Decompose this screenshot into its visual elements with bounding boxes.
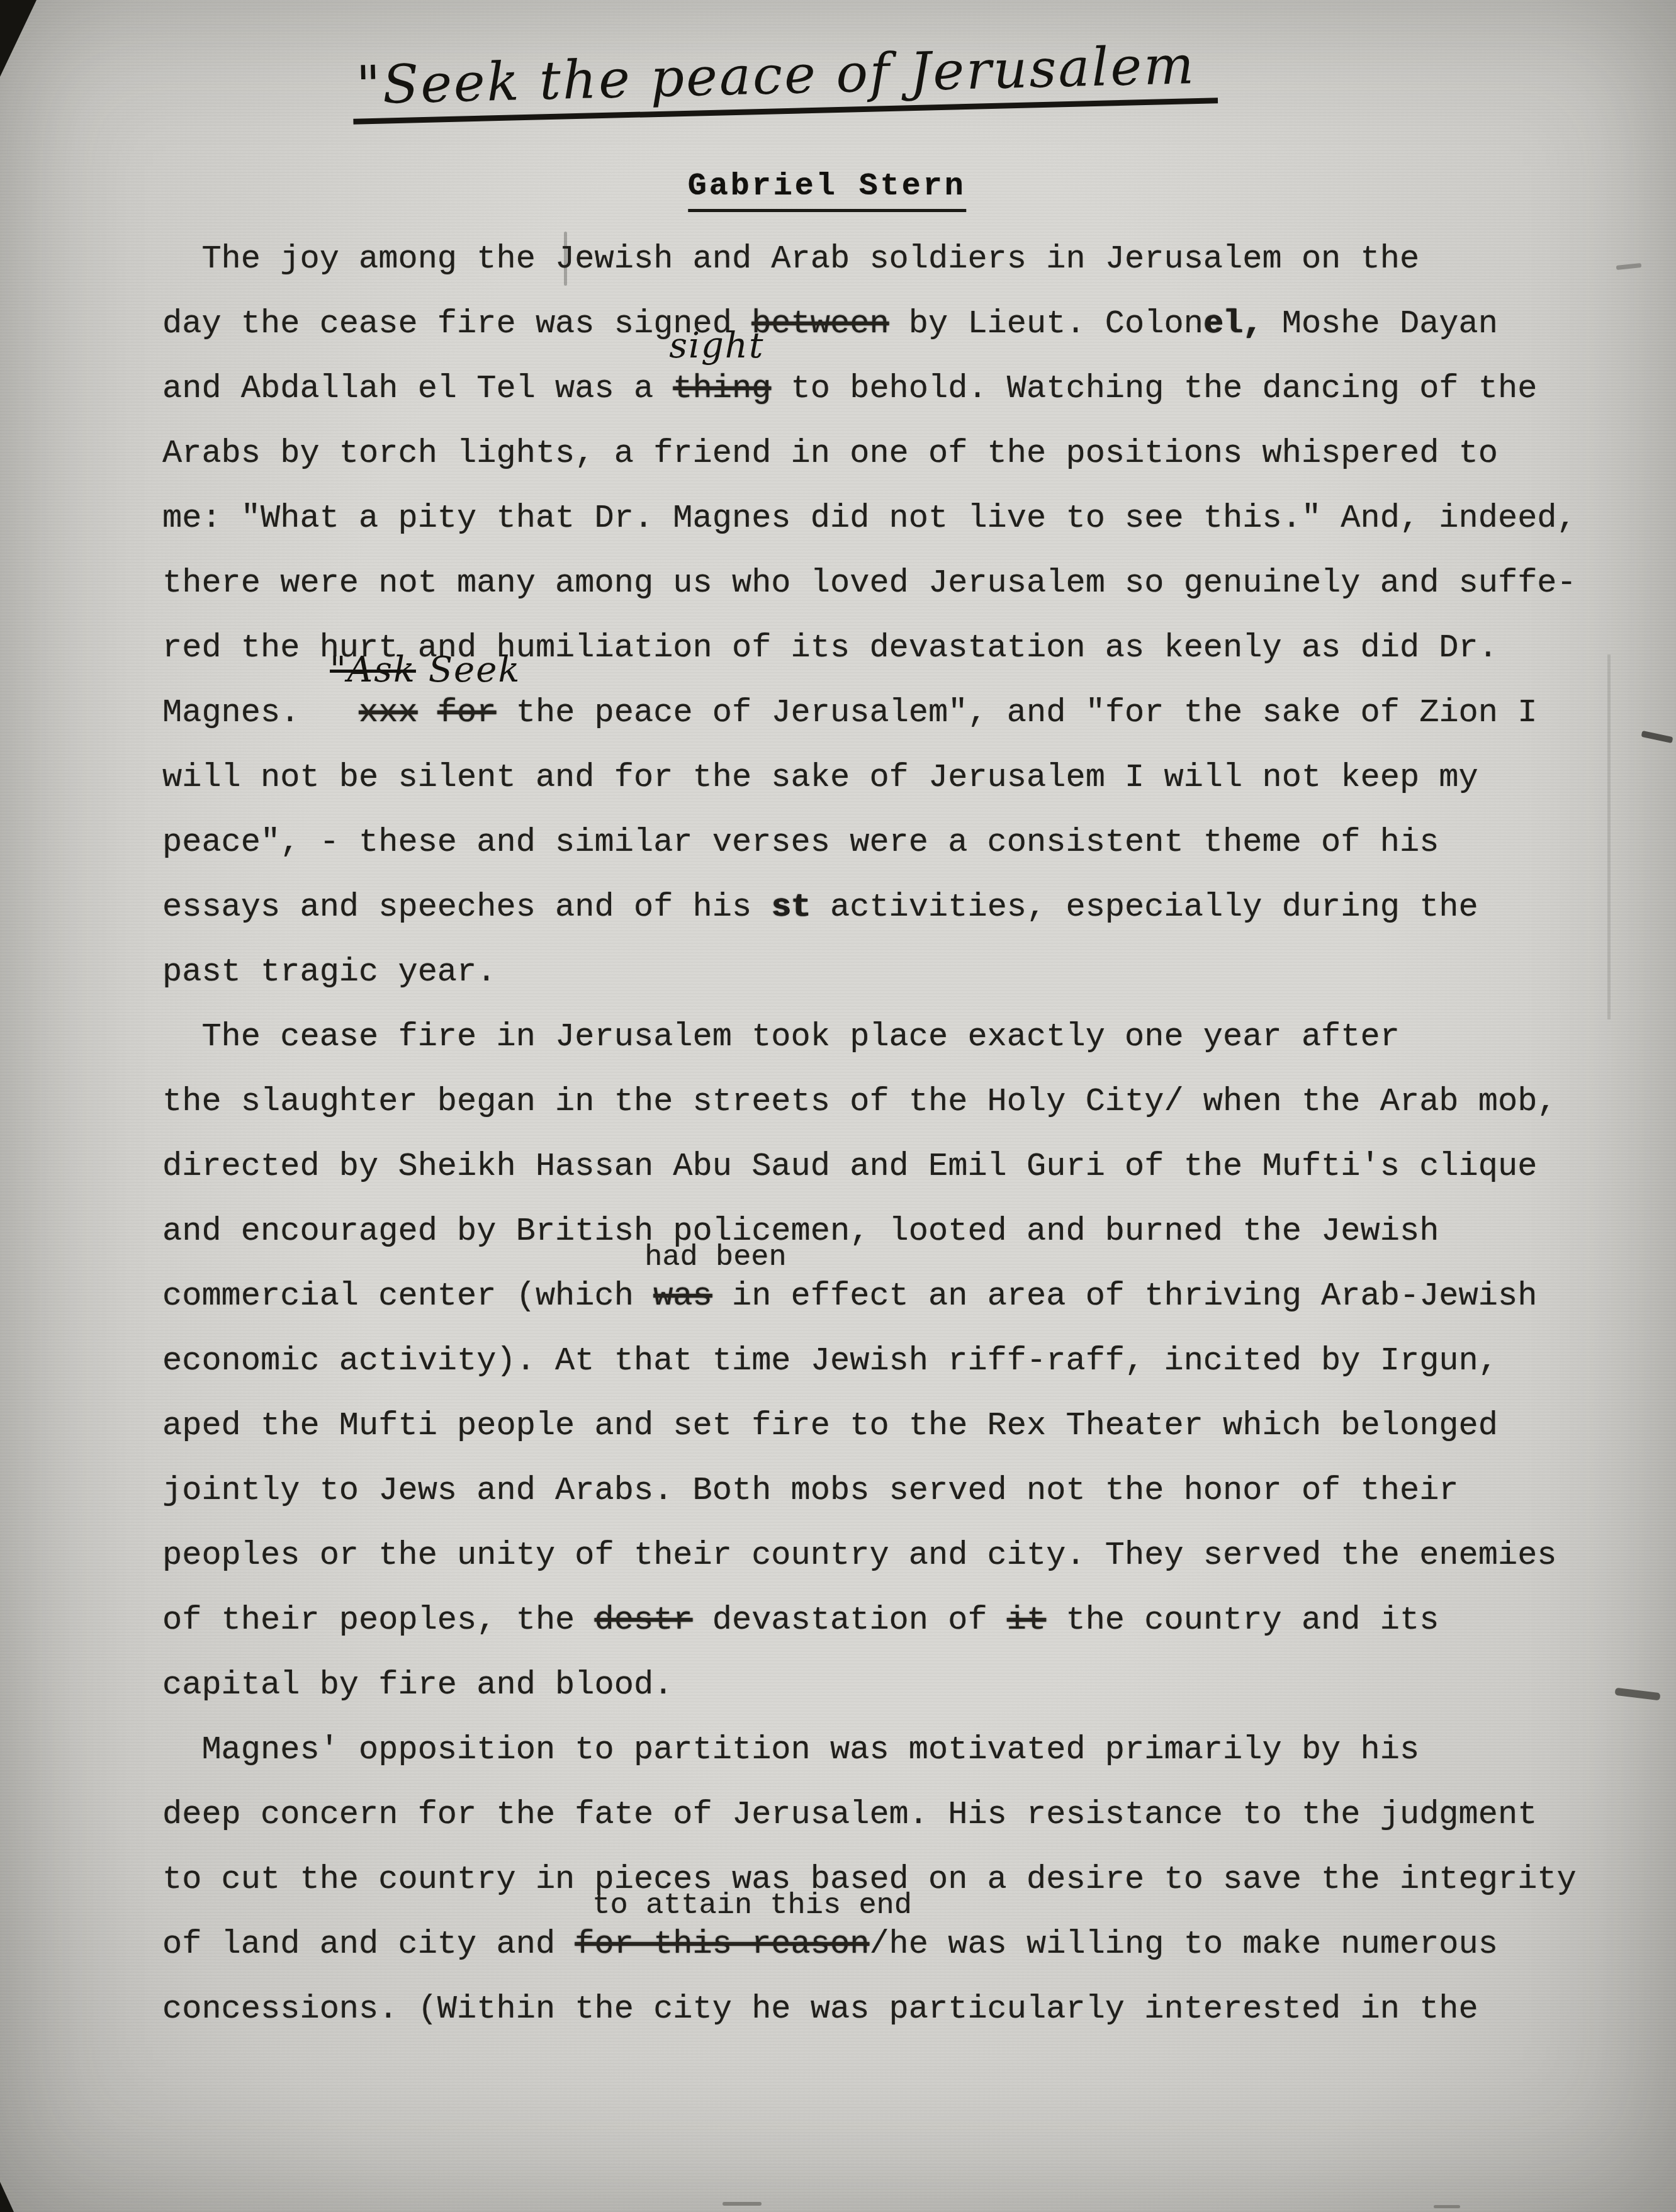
typescript-line: aped the Mufti people and set fire to th…: [162, 1393, 1577, 1458]
typescript-line: deep concern for the fate of Jerusalem. …: [162, 1782, 1577, 1847]
typescript-line: and encouraged by British policemen, loo…: [162, 1199, 1577, 1264]
typescript-line: capital by fire and blood.: [162, 1653, 1577, 1717]
typescript-line: there were not many among us who loved J…: [162, 551, 1577, 615]
typed-text: Arabs by torch lights, a friend in one o…: [162, 435, 1498, 472]
typed-text: past tragic year.: [162, 953, 497, 991]
typed-text: there were not many among us who loved J…: [162, 564, 1577, 602]
handwritten-insertion: "Ask: [330, 649, 416, 690]
typed-text: had been: [644, 1241, 787, 1274]
struck-text: destr: [595, 1602, 693, 1639]
typescript-line: The cease fire in Jerusalem took place e…: [162, 1004, 1577, 1069]
overtyped-text: st: [771, 889, 810, 926]
overtyped-text: el,: [1203, 305, 1263, 342]
typed-text: of their peoples, the: [162, 1602, 595, 1639]
typed-text: peoples or the unity of their country an…: [162, 1537, 1557, 1574]
typed-text: by Lieut. Colon: [889, 305, 1203, 342]
typescript-line: Magnes' opposition to partition was moti…: [162, 1717, 1577, 1782]
typed-text: jointly to Jews and Arabs. Both mobs ser…: [162, 1472, 1459, 1509]
typed-text: Magnes.: [162, 694, 359, 731]
typed-text: economic activity). At that time Jewish …: [162, 1342, 1498, 1379]
scan-artifact-right-dash: [1641, 731, 1673, 743]
typescript-line: The joy among the Jewish and Arab soldie…: [162, 227, 1577, 291]
paragraph: The joy among the Jewish and Arab soldie…: [162, 227, 1577, 1004]
typed-text: peace", - these and similar verses were …: [162, 824, 1439, 861]
typescript-line: me: "What a pity that Dr. Magnes did not…: [162, 486, 1577, 551]
struck-text: between: [751, 305, 889, 342]
struck-text: xxx: [359, 694, 418, 731]
scan-artifact-bottom-mark: [1434, 2205, 1460, 2208]
handwritten-insertion: sight: [669, 325, 764, 366]
typed-text: will not be silent and for the sake of J…: [162, 759, 1478, 796]
typed-text: to attain this end: [592, 1889, 912, 1923]
struck-text: was: [653, 1277, 712, 1315]
typed-text: deep concern for the fate of Jerusalem. …: [162, 1796, 1537, 1833]
scan-artifact-corner-bottomleft: [0, 2182, 14, 2212]
struck-text: it: [1007, 1602, 1046, 1639]
typescript-line: peace", - these and similar verses were …: [162, 810, 1577, 875]
typed-text: Moshe Dayan: [1263, 305, 1498, 342]
typed-text: The cease fire in Jerusalem took place e…: [162, 1018, 1400, 1055]
typed-text: devastation of: [693, 1602, 1007, 1639]
byline: Gabriel Stern: [688, 167, 966, 212]
typescript-line: of their peoples, the destr devastation …: [162, 1588, 1577, 1653]
scan-artifact-fold-line: [1607, 654, 1611, 1019]
typescript-line: Arabs by torch lights, a friend in one o…: [162, 421, 1577, 486]
typescript-line: directed by Sheikh Hassan Abu Saud and E…: [162, 1134, 1577, 1199]
typescript-line: Magnes. "Ask Seekxxx for the peace of Je…: [162, 680, 1577, 745]
typed-text: [418, 694, 437, 731]
typed-text: Magnes' opposition to partition was moti…: [162, 1731, 1419, 1768]
scan-artifact-right-dash: [1615, 1688, 1661, 1701]
typed-text: and Abdallah el Tel was a: [162, 370, 673, 407]
typed-text: directed by Sheikh Hassan Abu Saud and E…: [162, 1148, 1537, 1185]
struck-text: for this reason: [575, 1926, 869, 1963]
typescript-line: economic activity). At that time Jewish …: [162, 1328, 1577, 1393]
typescript-line: jointly to Jews and Arabs. Both mobs ser…: [162, 1458, 1577, 1523]
typed-text: the peace of Jerusalem", and "for the sa…: [497, 694, 1538, 731]
typescript-line: peoples or the unity of their country an…: [162, 1523, 1577, 1588]
scan-artifact-bottom-mark: [723, 2202, 762, 2206]
typescript-line: past tragic year.: [162, 940, 1577, 1004]
typed-text: and encouraged by British policemen, loo…: [162, 1213, 1439, 1250]
typed-text: essays and speeches and of his: [162, 889, 771, 926]
typescript-line: day the cease fire was signed between by…: [162, 291, 1577, 356]
typescript-line: of land and city and to attain this endf…: [162, 1912, 1577, 1977]
typescript-line: commercial center (which had beenwas in …: [162, 1264, 1577, 1328]
typed-text: me: "What a pity that Dr. Magnes did not…: [162, 500, 1577, 537]
paragraph: The cease fire in Jerusalem took place e…: [162, 1004, 1577, 1717]
typescript-line: concessions. (Within the city he was par…: [162, 1977, 1577, 2041]
handwritten-title: "Seek the peace of Jerusalem: [352, 33, 1218, 125]
typescript-line: and Abdallah el Tel was a sightthing to …: [162, 356, 1577, 421]
struck-text: for: [437, 694, 497, 731]
typed-text: aped the Mufti people and set fire to th…: [162, 1407, 1498, 1444]
struck-text: thing: [673, 370, 771, 407]
typed-text: the slaughter began in the streets of th…: [162, 1083, 1557, 1120]
typed-text: day the cease fire was signed: [162, 305, 751, 342]
typed-text: in effect an area of thriving Arab-Jewis…: [712, 1277, 1538, 1315]
typescript-line: the slaughter began in the streets of th…: [162, 1069, 1577, 1134]
typescript-line: essays and speeches and of his st activi…: [162, 875, 1577, 940]
scan-artifact-pencil-mark: [1616, 263, 1642, 270]
handwritten-insertion: Seek: [416, 649, 520, 690]
typed-text: commercial center (which: [162, 1277, 653, 1315]
typed-text: activities, especially during the: [811, 889, 1478, 926]
typed-text: The joy among the Jewish and Arab soldie…: [162, 240, 1419, 278]
paragraph: Magnes' opposition to partition was moti…: [162, 1717, 1577, 2041]
typed-text: to behold. Watching the dancing of the: [771, 370, 1537, 407]
scan-artifact-corner-topleft: [0, 0, 37, 77]
typed-text: of land and city and: [162, 1926, 575, 1963]
typed-text: concessions. (Within the city he was par…: [162, 1990, 1478, 2028]
typed-text: /he was willing to make numerous: [869, 1926, 1498, 1963]
typescript-line: will not be silent and for the sake of J…: [162, 745, 1577, 810]
typed-text: the country and its: [1046, 1602, 1439, 1639]
scan-artifact-ink-smudge: [564, 232, 567, 286]
typescript-body: The joy among the Jewish and Arab soldie…: [162, 227, 1577, 2041]
typed-text: capital by fire and blood.: [162, 1666, 673, 1704]
scanned-typescript-page: "Seek the peace of Jerusalem Gabriel Ste…: [0, 0, 1676, 2212]
